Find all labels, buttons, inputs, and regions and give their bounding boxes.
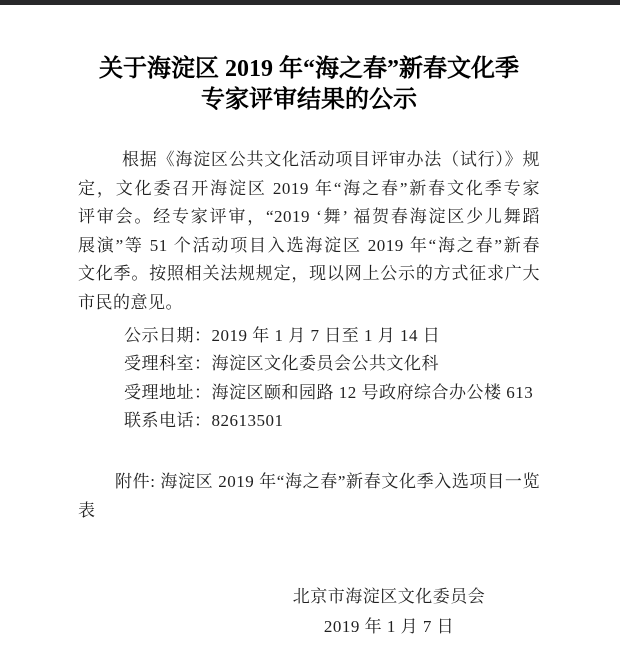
paragraph-line: 定，文化委召开海淀区 2019 年“海之春”新春文化季专家 (78, 175, 540, 204)
document-body: 根据《海淀区公共文化活动项目评审办法（试行）》规 定，文化委召开海淀区 2019… (78, 146, 540, 642)
document-page: 关于海淀区 2019 年“海之春”新春文化季 专家评审结果的公示 根据《海淀区公… (0, 54, 620, 642)
attachment-line: 表 (78, 497, 540, 526)
attachment-line: 附件: 海淀区 2019 年“海之春”新春文化季入选项目一览 (78, 468, 540, 497)
paragraph-line: 展演”等 51 个活动项目入选海淀区 2019 年“海之春”新春 (78, 232, 540, 261)
info-line-publicity-dates: 公示日期：2019 年 1 月 7 日至 1 月 14 日 (78, 322, 540, 351)
signature-block: 北京市海淀区文化委员会 2019 年 1 月 7 日 (238, 582, 540, 642)
title-line-2: 专家评审结果的公示 (78, 85, 540, 116)
top-border-bar (0, 0, 620, 5)
paragraph-line: 根据《海淀区公共文化活动项目评审办法（试行）》规 (78, 146, 540, 175)
notice-info-block: 公示日期：2019 年 1 月 7 日至 1 月 14 日 受理科室：海淀区文化… (78, 322, 540, 436)
issue-date: 2019 年 1 月 7 日 (238, 612, 540, 642)
main-paragraph: 根据《海淀区公共文化活动项目评审办法（试行）》规 定，文化委召开海淀区 2019… (78, 146, 540, 318)
title-line-1: 关于海淀区 2019 年“海之春”新春文化季 (78, 54, 540, 85)
issuing-authority: 北京市海淀区文化委员会 (238, 582, 540, 612)
paragraph-line: 文化季。按照相关法规规定，现以网上公示的方式征求广大 (78, 260, 540, 289)
info-line-address: 受理地址：海淀区颐和园路 12 号政府综合办公楼 613 (78, 379, 540, 408)
attachment-note: 附件: 海淀区 2019 年“海之春”新春文化季入选项目一览 表 (78, 468, 540, 525)
paragraph-line: 评审会。经专家评审，“2019 ‘舞’ 福贺春海淀区少儿舞蹈 (78, 203, 540, 232)
info-line-accepting-department: 受理科室：海淀区文化委员会公共文化科 (78, 350, 540, 379)
document-title: 关于海淀区 2019 年“海之春”新春文化季 专家评审结果的公示 (78, 54, 540, 116)
info-line-phone: 联系电话：82613501 (78, 407, 540, 436)
paragraph-line: 市民的意见。 (78, 289, 540, 318)
